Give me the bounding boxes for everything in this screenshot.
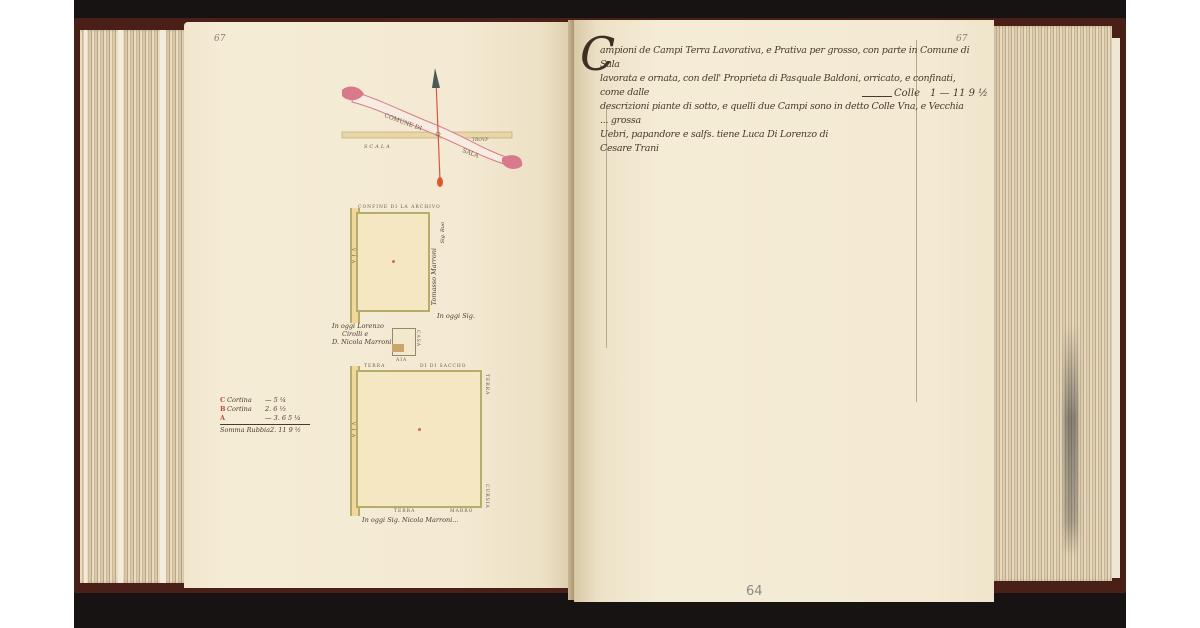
plot-b-owner-note: In oggi Sig. Nicola Marroni...: [362, 516, 459, 524]
plot-a-note: D. Nicola Marroni: [332, 338, 391, 346]
svg-text:TROVP: TROVP: [472, 137, 489, 143]
road-label: V I A: [350, 248, 355, 264]
pencil-page-number: 64: [746, 584, 763, 599]
aia-side-label: CASA: [415, 330, 420, 347]
page-edge-stripe: [118, 30, 123, 583]
left-page-edges: [80, 30, 185, 583]
text-line: ampioni de Campi Terra Lavorativa, e Pra…: [600, 44, 972, 72]
legend-row: C Cortina — 5 ¼: [220, 396, 310, 405]
area-legend: C Cortina — 5 ¼ B Cortina 2. 6 ⅓ A — 3. …: [220, 396, 310, 435]
right-page-edges: [994, 26, 1112, 581]
plot-b-bottom-label: TERRA: [394, 509, 415, 514]
plot-a: [356, 212, 430, 312]
svg-text:SCALA: SCALA: [364, 144, 392, 150]
entry-text: ampioni de Campi Terra Lavorativa, e Pra…: [600, 44, 972, 156]
legend-row: B Cortina 2. 6 ⅓: [220, 405, 310, 414]
plot-b-top-label: TERRA: [364, 364, 385, 369]
plot-b-bottom-label: MARRO: [450, 509, 473, 514]
total-label: Colle: [894, 88, 920, 99]
plot-b-top-label: DI DI SACCHO: [420, 364, 466, 369]
plot-b-right-label: CURSIA: [484, 484, 489, 509]
plot-a-note: In oggi Lorenzo: [332, 322, 384, 330]
plot-a-bottom-label: In oggi Sig.: [437, 312, 475, 320]
book-scan: 67 COMUNE DI SALA SCALA TROVP CONFINE DI…: [74, 0, 1126, 628]
plot-a-right-label: Tomasso Marroni: [430, 248, 438, 305]
total-value: 1 — 11 9 ½: [930, 88, 988, 99]
folio-number: 67: [956, 34, 967, 44]
aia-label: AIA: [396, 358, 407, 363]
plot-b-right-label: TERRA: [484, 374, 489, 395]
plot-marker: [418, 428, 421, 431]
plot-a-right-label-small: Sig. Ruo: [440, 222, 446, 243]
dash-line: [862, 96, 892, 97]
compass-rose-icon: COMUNE DI SALA SCALA TROVP: [334, 62, 534, 192]
left-page: 67 COMUNE DI SALA SCALA TROVP CONFINE DI…: [184, 22, 576, 588]
plot-a-note: Cirolli e: [342, 330, 368, 338]
text-line: descrizioni piante di sotto, e quelli du…: [600, 100, 972, 128]
text-line: Uebri, papandore e salfs. tiene Luca Di …: [600, 128, 860, 156]
page-edge-stripe: [160, 30, 166, 583]
right-page: 67 C ampioni de Campi Terra Lavorativa, …: [574, 20, 994, 602]
aia-building-icon: [392, 344, 404, 352]
page-edge-stripe: [1112, 38, 1120, 578]
road-label: V I A: [350, 422, 355, 438]
legend-divider: [220, 424, 310, 425]
plot-marker: [392, 260, 395, 263]
plot-a-top-label: CONFINE DI LA ARCHIVO: [358, 205, 441, 210]
page-edge-stripe: [84, 30, 87, 583]
plot-b: [356, 370, 482, 508]
legend-total: Somma Rubbia 2. 11 9 ½: [220, 426, 310, 435]
legend-row: A — 3. 6 5 ¼: [220, 414, 310, 423]
folio-number: 67: [214, 34, 225, 44]
ink-stain: [1064, 326, 1078, 556]
